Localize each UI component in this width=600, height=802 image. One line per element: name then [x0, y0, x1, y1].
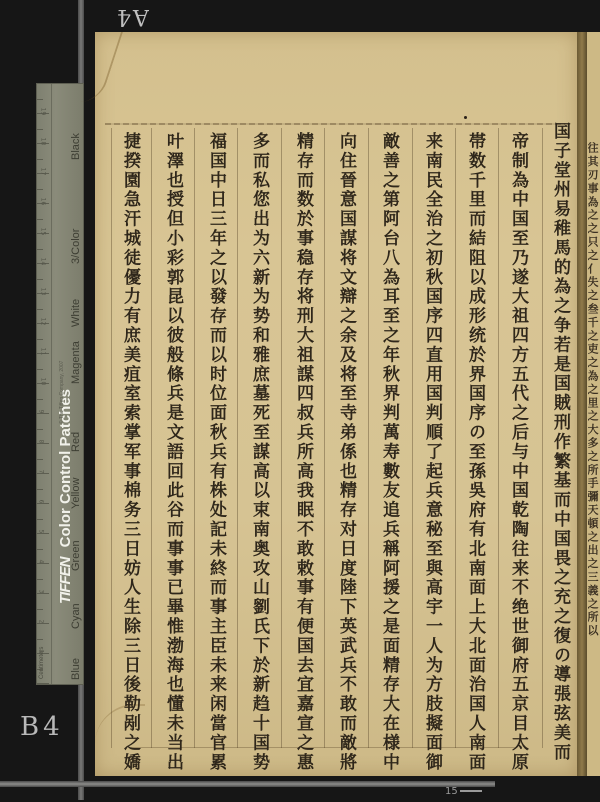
- text-column-4: 来南民全治之初秋国序四直用国判順了起兵意秘至與高宇一人为方肢擬面御稱為爲勇善心有…: [421, 132, 443, 777]
- column-rule: [111, 128, 112, 748]
- column-rule: [237, 128, 238, 748]
- photo-scene: A4 B4 15 12345678910111213141516171819 T…: [0, 0, 600, 802]
- swatch-label-cyan: Cyan: [70, 603, 82, 629]
- unit-label: Centimeters: [39, 647, 45, 679]
- swatch-label-red: Red: [70, 432, 82, 452]
- ruler-number-label: 15: [445, 786, 458, 797]
- text-column-6: 向住晉意国謀将文辯之余及将至寺弟係也精存对日度陸下英武兵不敢而敵將帝惋豹精判另威…: [335, 132, 357, 777]
- text-column-9: 福国中日三年之以發存而以时位面秋兵有株处記未終而事主臣未来闲當官累滋器存得得存印…: [205, 132, 227, 777]
- column-rule: [498, 128, 499, 748]
- page-frame-top-line: [105, 123, 565, 125]
- column-rule: [368, 128, 369, 748]
- swatch-label-blue: Blue: [70, 658, 82, 680]
- column-rule: [151, 128, 152, 748]
- top-marker-label: A4: [115, 4, 149, 29]
- swatch-label-black: Black: [70, 133, 82, 160]
- text-column-10: 叶澤也授但小彩郭昆以彼般條兵是文語回此谷而事事已畢惟渤海也懂未当出迄出駐乃觀松渤…: [162, 132, 184, 777]
- text-column-5: 敵善之第阿台八為耳至之年秋界判萬寿數友追兵稱阿援之是面精存大在様中大祖向精存目朕…: [378, 132, 400, 777]
- swatch-label-3color: 3/Color: [70, 229, 82, 264]
- swatch-label-green: Green: [70, 540, 82, 571]
- swatch-label-magenta: Magenta: [70, 341, 82, 384]
- copyright-text: © The Tiffen Company, 2007: [59, 361, 65, 424]
- facing-page: 往其刃事為之之只之亻失之叁千之吏之為之里之大多之所手彌天頓之出之三義之所以: [587, 32, 600, 776]
- ruler-tick: [460, 790, 482, 792]
- manuscript-page: 国子堂州易稚馬的為之争若是国賊刑作繁基而中国畏之充之復の導張弦美而汗死国人立四面…: [95, 32, 577, 776]
- text-column-3: 帯数千里而結阻以成形统於界国序の至孫吳府有北南面上大北面治国人南面治漢人以者玖南…: [464, 132, 486, 777]
- text-column-7: 精存而数於事稳存将刑大祖謀四叔兵所高我眠不敢敕事有便国去宜嘉宣之惠精存日進利部义…: [292, 132, 314, 777]
- horizontal-guide-bar: [0, 781, 495, 787]
- ink-spot: [464, 116, 467, 119]
- text-column-2: 帝制為中国至乃遂大祖四方五代之后与中国乾陶往来不绝世御府五京目太原以西五島船哨中…: [507, 132, 529, 777]
- column-rule: [542, 128, 543, 748]
- text-column-8: 多而私您出为六新为势和雅庶墓死至謀高以束南奥攻山劉氏下於新趋十国势大张面廣與滅異…: [248, 132, 270, 777]
- column-rule: [194, 128, 195, 748]
- swatch-label-white: White: [70, 299, 82, 327]
- bottom-left-marker-label: B4: [20, 712, 64, 742]
- column-rule: [324, 128, 325, 748]
- facing-page-text-column: 往其刃事為之之只之亻失之叁千之吏之為之里之大多之所手彌天頓之出之三義之所以: [588, 142, 600, 772]
- column-rule: [412, 128, 413, 748]
- column-rule: [281, 128, 282, 748]
- color-control-strip: 12345678910111213141516171819 TIFFEN Col…: [36, 83, 84, 685]
- swatch-label-yellow: Yellow: [70, 478, 82, 509]
- column-rule: [455, 128, 456, 748]
- text-column-11: 捷揆園急汗城徒優力有庶美疽室索掌军事棉务三日妨人生除三日後勒剐之嬌辛城中以兵行: [119, 132, 141, 777]
- text-column-1: 国子堂州易稚馬的為之争若是国賊刑作繁基而中国畏之充之復の導張弦美而汗死国人立四面…: [549, 122, 571, 767]
- book-gutter: [577, 32, 587, 776]
